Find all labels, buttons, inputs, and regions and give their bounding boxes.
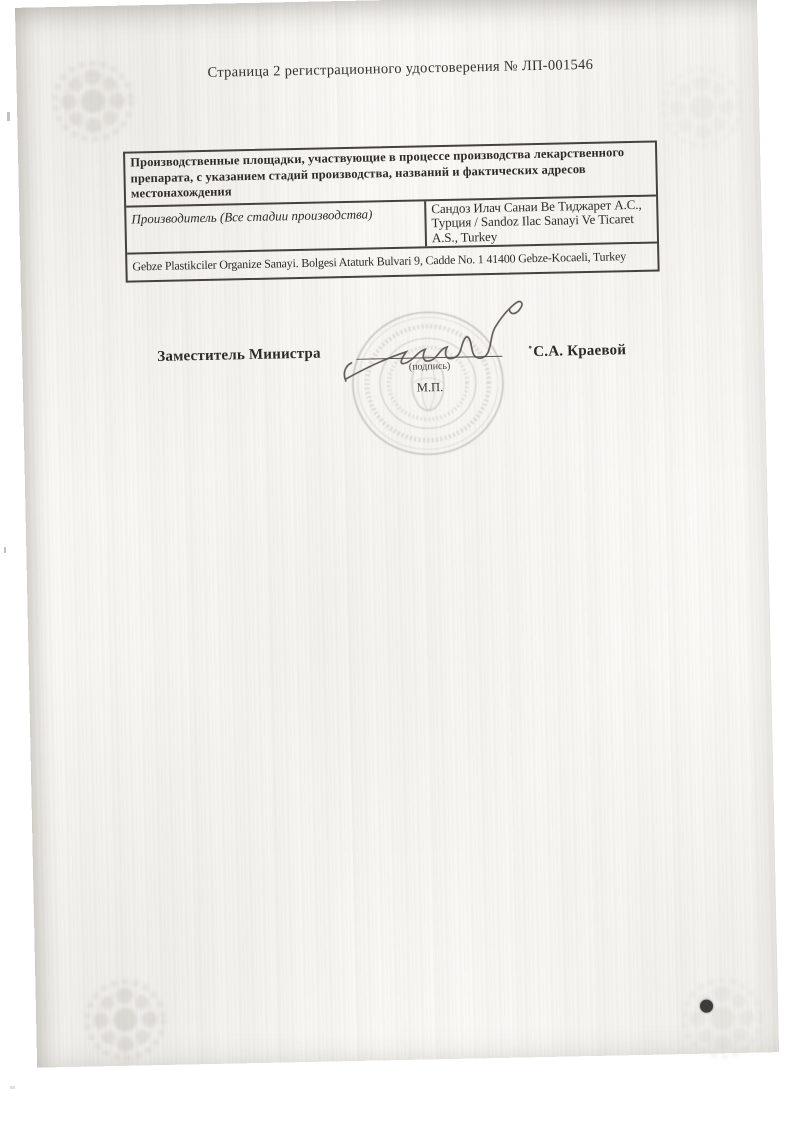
producer-label-cell: Производитель (Все стадии производства) — [126, 201, 427, 253]
deputy-minister-title: Заместитель Министра — [157, 346, 321, 366]
scan-speck — [7, 112, 10, 121]
guilloche-rosette-icon — [651, 56, 753, 158]
paper-sheet: Страница 2 регистрационного удостоверени… — [15, 0, 779, 1068]
registration-table: Производственные площадки, участвующие в… — [123, 140, 660, 282]
stamp-place-abbr: М.П. — [357, 379, 503, 397]
guilloche-rosette-icon — [42, 50, 144, 152]
signature-line — [356, 339, 502, 360]
producer-value-cell: Сандоз Илач Санаи Ве Тиджарет А.С., Турц… — [426, 196, 657, 246]
scan-speck — [4, 547, 6, 553]
scan-speck — [10, 1086, 15, 1089]
guilloche-rosette-icon — [671, 967, 773, 1069]
signatory-name: С.А. Краевой — [533, 342, 626, 361]
guilloche-rosette-icon — [74, 969, 176, 1071]
